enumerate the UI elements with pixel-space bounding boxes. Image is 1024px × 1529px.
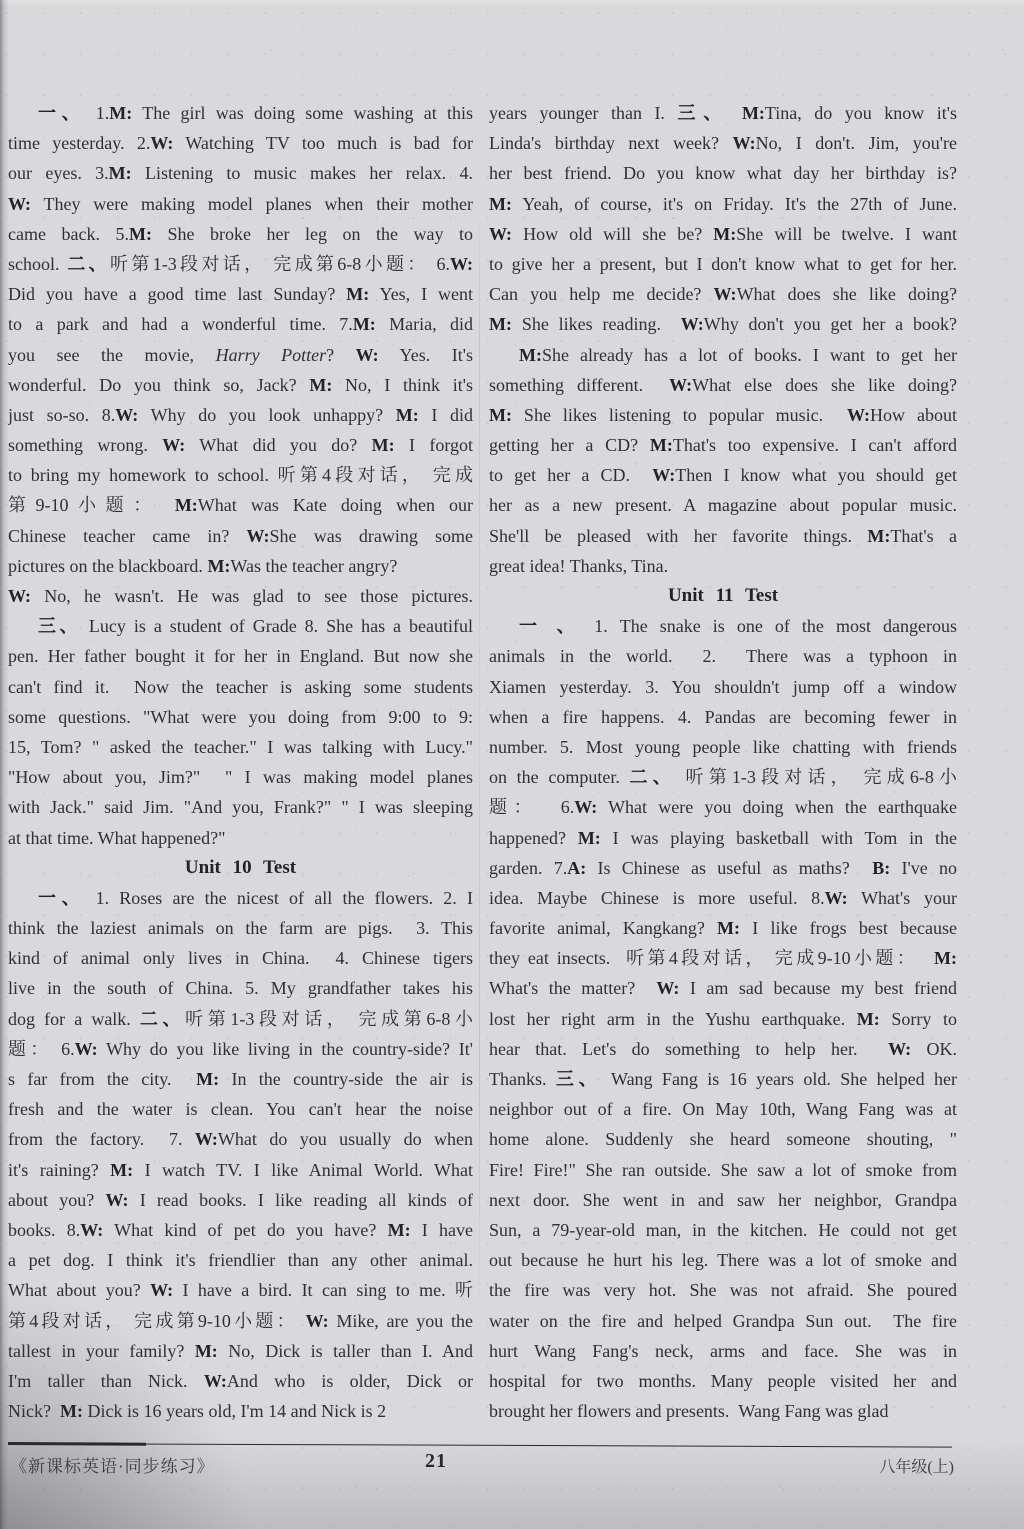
text-segment: M:	[489, 194, 512, 214]
text-line: you see the movie, Harry Potter? W: Yes.…	[8, 340, 473, 370]
text-segment: B:	[872, 858, 890, 878]
text-segment: W:	[356, 345, 379, 365]
text-segment: W:	[669, 375, 692, 395]
text-segment: Tina, do you know it's	[765, 103, 957, 123]
text-line: about you? W: I read books. I like readi…	[8, 1185, 473, 1215]
text-segment: W:	[8, 586, 31, 606]
text-line: came back. 5.M: She broke her leg on the…	[8, 219, 473, 249]
text-line: I'm taller than Nick. W:And who is older…	[8, 1366, 473, 1396]
text-segment: 1.	[86, 103, 110, 123]
text-segment: 二、	[140, 1009, 185, 1029]
text-segment: something different.	[489, 375, 669, 395]
text-segment: brought her flowers and presents. Wang F…	[489, 1401, 888, 1421]
text-segment: W:	[489, 224, 512, 244]
text-segment: neighbor out of a fire. On May 10th, Wan…	[489, 1099, 957, 1119]
text-segment: W:	[204, 1371, 227, 1391]
text-line: hear that. Let's do something to help he…	[489, 1034, 957, 1064]
text-segment: W:	[714, 284, 737, 304]
text-segment: W:	[105, 1190, 128, 1210]
page-number: 21	[425, 1450, 447, 1473]
text-line: school. 二、听第1-3段对话， 完成第6-8小题： 6.W:	[8, 249, 473, 279]
text-segment: live in the south of China. 5. My grandf…	[8, 978, 473, 998]
text-segment: W:	[8, 194, 31, 214]
text-segment: OK.	[911, 1039, 957, 1059]
text-line: time yesterday. 2.W: Watching TV too muc…	[8, 128, 473, 158]
text-segment: they eat insects. 听第4段对话， 完成9-10小题：	[489, 948, 934, 968]
text-segment: M:	[867, 526, 890, 546]
text-segment: W:	[652, 465, 675, 485]
text-segment: from the factory. 7.	[8, 1129, 195, 1149]
text-line: 一、 1.M: The girl was doing some washing …	[8, 98, 473, 128]
text-segment: Thanks.	[489, 1069, 556, 1089]
text-segment: Fire! Fire!" She ran outside. She saw a …	[489, 1160, 957, 1180]
text-segment: She likes listening to popular music.	[512, 405, 847, 425]
text-line: to bring my homework to school. 听第4段对话， …	[8, 460, 473, 490]
text-line: great idea! Thanks, Tina.	[489, 551, 957, 581]
text-line: animals in the world. 2. There was a typ…	[489, 641, 957, 671]
text-segment: water on the fire and helped Grandpa Sun…	[489, 1311, 957, 1331]
scanned-page: 一、 1.M: The girl was doing some washing …	[0, 0, 1024, 1529]
text-segment: How about	[870, 405, 957, 425]
text-segment: Is Chinese as useful as maths?	[586, 858, 872, 878]
text-segment: years younger than I.	[489, 103, 677, 123]
text-line: brought her flowers and presents. Wang F…	[489, 1396, 957, 1426]
text-segment: Dick is 16 years old, I'm 14 and Nick is…	[83, 1401, 386, 1421]
text-line: just so-so. 8.W: Why do you look unhappy…	[8, 400, 473, 430]
left-column: 一、 1.M: The girl was doing some washing …	[8, 98, 473, 1426]
text-segment: W:	[733, 133, 756, 153]
text-segment: No, I think it's	[332, 375, 473, 395]
book-title: 《新课标英语·同步练习》	[10, 1452, 215, 1477]
text-segment: 1. The snake is one of the most dangerou…	[582, 616, 957, 636]
text-segment: Yeah, of course, it's on Friday. It's th…	[512, 194, 957, 214]
text-segment: I have a bird. It can sing to me. 听	[173, 1280, 473, 1300]
text-line: M: She likes reading. W:Why don't you ge…	[489, 309, 957, 339]
text-line: 第4段对话， 完成第9-10小题： W: Mike, are you the	[8, 1306, 473, 1336]
page-footer: 《新课标英语·同步练习》 21 八年级(上)	[0, 1448, 1024, 1484]
text-segment: I did	[419, 405, 473, 425]
text-segment: ?	[326, 345, 356, 365]
text-line: 三、 Lucy is a student of Grade 8. She has…	[8, 611, 473, 641]
text-segment: She already has a lot of books. I want t…	[542, 345, 957, 365]
text-line: Linda's birthday next week? W:No, I don'…	[489, 128, 957, 158]
text-line: getting her a CD? M:That's too expensive…	[489, 430, 957, 460]
text-segment: W:	[115, 405, 138, 425]
text-line: her best friend. Do you know what day he…	[489, 158, 957, 188]
text-segment: W:	[80, 1220, 103, 1240]
text-segment: M:	[857, 1009, 880, 1029]
text-segment: Sun, a 79-year-old man, in the kitchen. …	[489, 1220, 957, 1240]
text-line: neighbor out of a fire. On May 10th, Wan…	[489, 1094, 957, 1124]
text-segment: No, Dick is taller than I. And	[218, 1341, 473, 1361]
text-segment: Xiamen yesterday. 3. You shouldn't jump …	[489, 677, 957, 697]
text-segment: W:	[888, 1039, 911, 1059]
text-segment: about you?	[8, 1190, 105, 1210]
section-heading: Unit 10 Test	[8, 853, 473, 883]
section-heading: Unit 11 Test	[489, 581, 957, 611]
text-segment: What kind of pet do you have?	[103, 1220, 387, 1240]
text-segment: to a park and had a wonderful time. 7.	[8, 314, 353, 334]
text-line: next door. She went in and saw her neigh…	[489, 1185, 957, 1215]
text-line: W: No, he wasn't. He was glad to see tho…	[8, 581, 473, 611]
text-segment: M:	[388, 1220, 411, 1240]
text-line: 题： 6.W: What were you doing when the ear…	[489, 792, 957, 822]
text-segment: W:	[247, 526, 270, 546]
text-segment: W:	[150, 1280, 173, 1300]
text-segment: Mike, are you the	[329, 1311, 473, 1331]
text-line: Xiamen yesterday. 3. You shouldn't jump …	[489, 672, 957, 702]
text-line: her as a new present. A magazine about p…	[489, 490, 957, 520]
text-segment: M:	[109, 103, 132, 123]
text-segment: 三、	[38, 616, 81, 636]
text-segment: 二、	[630, 767, 676, 787]
right-column: years younger than I. 三、 M:Tina, do you …	[489, 98, 957, 1426]
text-segment: Can you help me decide?	[489, 284, 714, 304]
text-segment: Why do you like living in the country-si…	[98, 1039, 473, 1059]
text-line: M: Yeah, of course, it's on Friday. It's…	[489, 189, 957, 219]
text-line: fresh and the water is clean. You can't …	[8, 1094, 473, 1124]
text-segment: What else does she like doing?	[692, 375, 957, 395]
text-segment: Was the teacher angry?	[230, 556, 397, 576]
column-fold-line	[479, 200, 480, 1340]
text-segment: 第4段对话， 完成第9-10小题：	[8, 1311, 306, 1331]
text-line: Did you have a good time last Sunday? M:…	[8, 279, 473, 309]
text-segment: to bring my homework to school. 听第4段对话， …	[8, 465, 473, 485]
text-segment: getting her a CD?	[489, 435, 650, 455]
text-line: What's the matter? W: I am sad because m…	[489, 973, 957, 1003]
text-segment: I am sad because my best friend	[679, 978, 957, 998]
text-segment: She broke her leg on the way to	[152, 224, 473, 244]
text-segment: M:	[713, 224, 736, 244]
text-segment: home alone. Suddenly she heard someone s…	[489, 1129, 957, 1149]
text-segment: M:	[109, 163, 132, 183]
text-segment: some questions. "What were you doing fro…	[8, 707, 473, 727]
text-segment: Why do you look unhappy?	[138, 405, 395, 425]
text-line: our eyes. 3.M: Listening to music makes …	[8, 158, 473, 188]
text-segment: 一、	[38, 103, 86, 123]
text-line: pictures on the blackboard. M:Was the te…	[8, 551, 473, 581]
text-segment: hospital for two months. Many people vis…	[489, 1371, 957, 1391]
text-segment: tallest in your family?	[8, 1341, 195, 1361]
text-line: think the laziest animals on the farm ar…	[8, 913, 473, 943]
text-segment: She'll be pleased with her favorite thin…	[489, 526, 867, 546]
text-segment: just so-so. 8.	[8, 405, 115, 425]
text-line: on the computer. 二、 听第1-3段对话， 完成6-8小	[489, 762, 957, 792]
text-segment: Harry Potter	[216, 345, 327, 365]
text-line: s far from the city. M: In the country-s…	[8, 1064, 473, 1094]
text-line: lost her right arm in the Yushu earthqua…	[489, 1004, 957, 1034]
text-segment: Sorry to	[880, 1009, 957, 1029]
text-line: a pet dog. I think it's friendlier than …	[8, 1245, 473, 1275]
text-segment: next door. She went in and saw her neigh…	[489, 1190, 957, 1210]
text-segment: on the computer.	[489, 767, 630, 787]
text-segment: I like frogs best because	[740, 918, 957, 938]
text-segment: 二、	[67, 254, 110, 274]
text-segment: M:	[650, 435, 673, 455]
text-segment: hear that. Let's do something to help he…	[489, 1039, 888, 1059]
text-segment: W:	[681, 314, 704, 334]
text-line: books. 8.W: What kind of pet do you have…	[8, 1215, 473, 1245]
text-segment: Listening to music makes her relax. 4.	[132, 163, 473, 183]
text-line: wonderful. Do you think so, Jack? M: No,…	[8, 370, 473, 400]
text-line: they eat insects. 听第4段对话， 完成9-10小题： M:	[489, 943, 957, 973]
text-segment: A:	[567, 858, 586, 878]
text-segment: 三、	[556, 1069, 602, 1089]
text-segment: W:	[450, 254, 473, 274]
text-segment: Why don't you get her a book?	[704, 314, 957, 334]
text-line: with Jack." said Jim. "And you, Frank?" …	[8, 792, 473, 822]
text-segment: M:	[717, 918, 740, 938]
text-segment: How old will she be?	[512, 224, 713, 244]
text-line: water on the fire and helped Grandpa Sun…	[489, 1306, 957, 1336]
text-segment: What about you?	[8, 1280, 150, 1300]
text-segment: fresh and the water is clean. You can't …	[8, 1099, 473, 1119]
text-segment: favorite animal, Kangkang?	[489, 918, 717, 938]
text-segment: I watch TV. I like Animal World. What	[133, 1160, 473, 1180]
text-line: to give her a present, but I don't know …	[489, 249, 957, 279]
text-segment: you see the movie,	[8, 345, 216, 365]
text-line: 一 、 1. The snake is one of the most dang…	[489, 611, 957, 641]
text-segment: M:	[346, 284, 369, 304]
text-segment: 听第1-3段对话， 完成第6-8小	[185, 1009, 473, 1029]
text-line: Nick? M: Dick is 16 years old, I'm 14 an…	[8, 1396, 473, 1426]
text-line: can't find it. Now the teacher is asking…	[8, 672, 473, 702]
text-segment: the fire was very hot. She was not afrai…	[489, 1280, 957, 1300]
text-segment: Chinese teacher came in?	[8, 526, 247, 546]
text-segment: 一、	[38, 888, 85, 908]
text-segment: M:	[196, 1069, 219, 1089]
text-segment: time yesterday. 2.	[8, 133, 150, 153]
text-line: W: How old will she be? M:She will be tw…	[489, 219, 957, 249]
text-segment: W:	[75, 1039, 98, 1059]
text-segment: to give her a present, but I don't know …	[489, 254, 957, 274]
text-segment: M:	[175, 495, 198, 515]
text-segment: M:	[742, 103, 765, 123]
text-line: to a park and had a wonderful time. 7.M:…	[8, 309, 473, 339]
text-segment: with Jack." said Jim. "And you, Frank?" …	[8, 797, 473, 817]
text-segment: a pet dog. I think it's friendlier than …	[8, 1250, 473, 1270]
text-segment: She will be twelve. I want	[736, 224, 957, 244]
text-segment: 三、	[677, 103, 729, 123]
text-segment: when a fire happens. 4. Pandas are becom…	[489, 707, 957, 727]
text-segment: pictures on the blackboard.	[8, 556, 207, 576]
text-segment: 听第1-3段对话， 完成6-8小	[676, 767, 957, 787]
text-segment: That's too expensive. I can't afford	[673, 435, 957, 455]
text-segment: Maria, did	[376, 314, 473, 334]
text-segment: our eyes. 3.	[8, 163, 109, 183]
text-segment: 1. Roses are the nicest of all the flowe…	[85, 888, 473, 908]
text-line: live in the south of China. 5. My grandf…	[8, 973, 473, 1003]
text-segment: Lucy is a student of Grade 8. She has a …	[81, 616, 473, 636]
text-segment: Then I know what you should get	[675, 465, 957, 485]
text-line: 第9-10小题： M:What was Kate doing when our	[8, 490, 473, 520]
text-segment: Watching TV too much is bad for	[173, 133, 473, 153]
footer-rule-left-segment	[8, 1442, 146, 1446]
text-line: at that time. What happened?"	[8, 823, 473, 853]
text-line: W: They were making model planes when th…	[8, 189, 473, 219]
text-segment: M:	[207, 556, 230, 576]
text-line: "How about you, Jim?" " I was making mod…	[8, 762, 473, 792]
text-segment: What did you do?	[185, 435, 371, 455]
text-line: dog for a walk. 二、听第1-3段对话， 完成第6-8小	[8, 1004, 473, 1034]
text-segment: M:	[372, 435, 395, 455]
text-segment: Yes, I went	[369, 284, 473, 304]
text-segment: something wrong.	[8, 435, 162, 455]
text-segment: W:	[195, 1129, 218, 1149]
text-segment: W:	[306, 1311, 329, 1331]
text-segment: What were you doing when the earthquake	[597, 797, 957, 817]
text-segment: I read books. I like reading all kinds o…	[128, 1190, 473, 1210]
text-segment: her as a new present. A magazine about p…	[489, 495, 957, 515]
text-segment: W:	[847, 405, 870, 425]
text-segment: Wang Fang is 16 years old. She helped he…	[602, 1069, 957, 1089]
text-line: out because he hurt his leg. There was a…	[489, 1245, 957, 1275]
text-line: Can you help me decide? W:What does she …	[489, 279, 957, 309]
text-segment: books. 8.	[8, 1220, 80, 1240]
text-segment: 第9-10小题：	[8, 495, 175, 515]
text-line: 一、 1. Roses are the nicest of all the fl…	[8, 883, 473, 913]
text-segment: can't find it. Now the teacher is asking…	[8, 677, 473, 697]
text-segment: idea. Maybe Chinese is more useful. 8.	[489, 888, 825, 908]
text-segment: garden. 7.	[489, 858, 567, 878]
text-segment: it's raining?	[8, 1160, 110, 1180]
text-segment: M:	[309, 375, 332, 395]
text-segment: to get her a CD.	[489, 465, 652, 485]
text-line: favorite animal, Kangkang? M: I like fro…	[489, 913, 957, 943]
text-segment: M:	[129, 224, 152, 244]
text-segment: Linda's birthday next week?	[489, 133, 733, 153]
text-segment: W:	[656, 978, 679, 998]
text-line: some questions. "What were you doing fro…	[8, 702, 473, 732]
text-segment: M:	[578, 828, 601, 848]
text-segment: And who is older, Dick or	[227, 1371, 473, 1391]
text-segment: I forgot	[395, 435, 473, 455]
text-segment: Yes. It's	[379, 345, 473, 365]
text-segment: In the country-side the air is	[219, 1069, 473, 1089]
text-segment: Did you have a good time last Sunday?	[8, 284, 346, 304]
text-segment: pen. Her father bought it for her in Eng…	[8, 646, 473, 666]
text-segment: W:	[825, 888, 848, 908]
text-segment: No, he wasn't. He was glad to see those …	[31, 586, 473, 606]
text-segment: She likes reading.	[512, 314, 681, 334]
text-line: garden. 7.A: Is Chinese as useful as mat…	[489, 853, 957, 883]
text-segment: school.	[8, 254, 67, 274]
text-line: M: She likes listening to popular music.…	[489, 400, 957, 430]
text-segment: What was Kate doing when our	[198, 495, 473, 515]
text-segment: s far from the city.	[8, 1069, 196, 1089]
text-line: the fire was very hot. She was not afrai…	[489, 1275, 957, 1305]
text-segment: M:	[396, 405, 419, 425]
text-line: happened? M: I was playing basketball wi…	[489, 823, 957, 853]
text-segment: happened?	[489, 828, 578, 848]
text-segment: The girl was doing some washing at this	[132, 103, 473, 123]
text-line: pen. Her father bought it for her in Eng…	[8, 641, 473, 671]
text-segment: at that time. What happened?"	[8, 828, 225, 848]
text-line: Sun, a 79-year-old man, in the kitchen. …	[489, 1215, 957, 1245]
text-segment: Unit 11 Test	[668, 585, 778, 606]
text-segment: She was drawing some	[270, 526, 473, 546]
text-line: something different. W:What else does sh…	[489, 370, 957, 400]
text-line: from the factory. 7. W:What do you usual…	[8, 1124, 473, 1154]
text-line: home alone. Suddenly she heard someone s…	[489, 1124, 957, 1154]
text-segment: Unit 10 Test	[185, 857, 296, 878]
text-segment: her best friend. Do you know what day he…	[489, 163, 957, 183]
text-segment: M:	[934, 948, 957, 968]
text-segment: M:	[60, 1401, 83, 1421]
text-segment: M:	[519, 345, 542, 365]
text-segment: 题： 6.	[8, 1039, 75, 1059]
text-segment: 一 、	[519, 616, 582, 636]
text-segment: What do you usually do when	[218, 1129, 473, 1149]
text-line: when a fire happens. 4. Pandas are becom…	[489, 702, 957, 732]
text-segment: I was playing basketball with Tom in the	[601, 828, 957, 848]
text-line: Thanks. 三、 Wang Fang is 16 years old. Sh…	[489, 1064, 957, 1094]
text-segment: "How about you, Jim?" " I was making mod…	[8, 767, 473, 787]
text-segment: They were making model planes when their…	[31, 194, 473, 214]
text-line: number. 5. Most young people like chatti…	[489, 732, 957, 762]
text-line: it's raining? M: I watch TV. I like Anim…	[8, 1155, 473, 1185]
text-segment: 题： 6.	[489, 797, 574, 817]
text-line: Fire! Fire!" She ran outside. She saw a …	[489, 1155, 957, 1185]
text-segment: W:	[150, 133, 173, 153]
text-segment: dog for a walk.	[8, 1009, 140, 1029]
text-line: hospital for two months. Many people vis…	[489, 1366, 957, 1396]
text-segment: animals in the world. 2. There was a typ…	[489, 646, 957, 666]
text-line: years younger than I. 三、 M:Tina, do you …	[489, 98, 957, 128]
text-line: 15, Tom? " asked the teacher." I was tal…	[8, 732, 473, 762]
text-segment: M:	[110, 1160, 133, 1180]
text-line: to get her a CD. W:Then I know what you …	[489, 460, 957, 490]
text-segment: M:	[489, 405, 512, 425]
text-segment: lost her right arm in the Yushu earthqua…	[489, 1009, 857, 1029]
text-segment: That's a	[890, 526, 957, 546]
text-segment: kind of animal only lives in China. 4. C…	[8, 948, 473, 968]
text-segment: great idea! Thanks, Tina.	[489, 556, 668, 576]
text-segment: M:	[195, 1341, 218, 1361]
text-segment: W:	[574, 797, 597, 817]
text-line: kind of animal only lives in China. 4. C…	[8, 943, 473, 973]
text-segment: hurt Wang Fang's neck, arms and face. Sh…	[489, 1341, 957, 1361]
text-segment: think the laziest animals on the farm ar…	[8, 918, 473, 938]
text-segment: What does she like doing?	[737, 284, 957, 304]
text-segment: W:	[162, 435, 185, 455]
text-segment: I've no	[890, 858, 957, 878]
text-segment	[729, 103, 742, 123]
text-segment: 听第1-3段对话， 完成第6-8小题： 6.	[110, 254, 450, 274]
text-segment: 15, Tom? " asked the teacher." I was tal…	[8, 737, 473, 757]
text-line: hurt Wang Fang's neck, arms and face. Sh…	[489, 1336, 957, 1366]
text-segment: I'm taller than Nick.	[8, 1371, 204, 1391]
text-line: tallest in your family? M: No, Dick is t…	[8, 1336, 473, 1366]
text-segment: No, I don't. Jim, you're	[756, 133, 957, 153]
text-line: M:She already has a lot of books. I want…	[489, 340, 957, 370]
text-segment: wonderful. Do you think so, Jack?	[8, 375, 309, 395]
text-line: Chinese teacher came in? W:She was drawi…	[8, 521, 473, 551]
text-segment: number. 5. Most young people like chatti…	[489, 737, 957, 757]
text-segment: I have	[411, 1220, 473, 1240]
text-segment: out because he hurt his leg. There was a…	[489, 1250, 957, 1270]
text-segment: What's the matter?	[489, 978, 656, 998]
text-segment: M:	[489, 314, 512, 334]
text-segment: Nick?	[8, 1401, 60, 1421]
text-line: something wrong. W: What did you do? M: …	[8, 430, 473, 460]
text-line: She'll be pleased with her favorite thin…	[489, 521, 957, 551]
text-segment: came back. 5.	[8, 224, 129, 244]
footer-rule	[8, 1443, 952, 1448]
text-segment: What's your	[848, 888, 957, 908]
text-line: What about you? W: I have a bird. It can…	[8, 1275, 473, 1305]
edition-label: 八年级(上)	[879, 1454, 954, 1477]
